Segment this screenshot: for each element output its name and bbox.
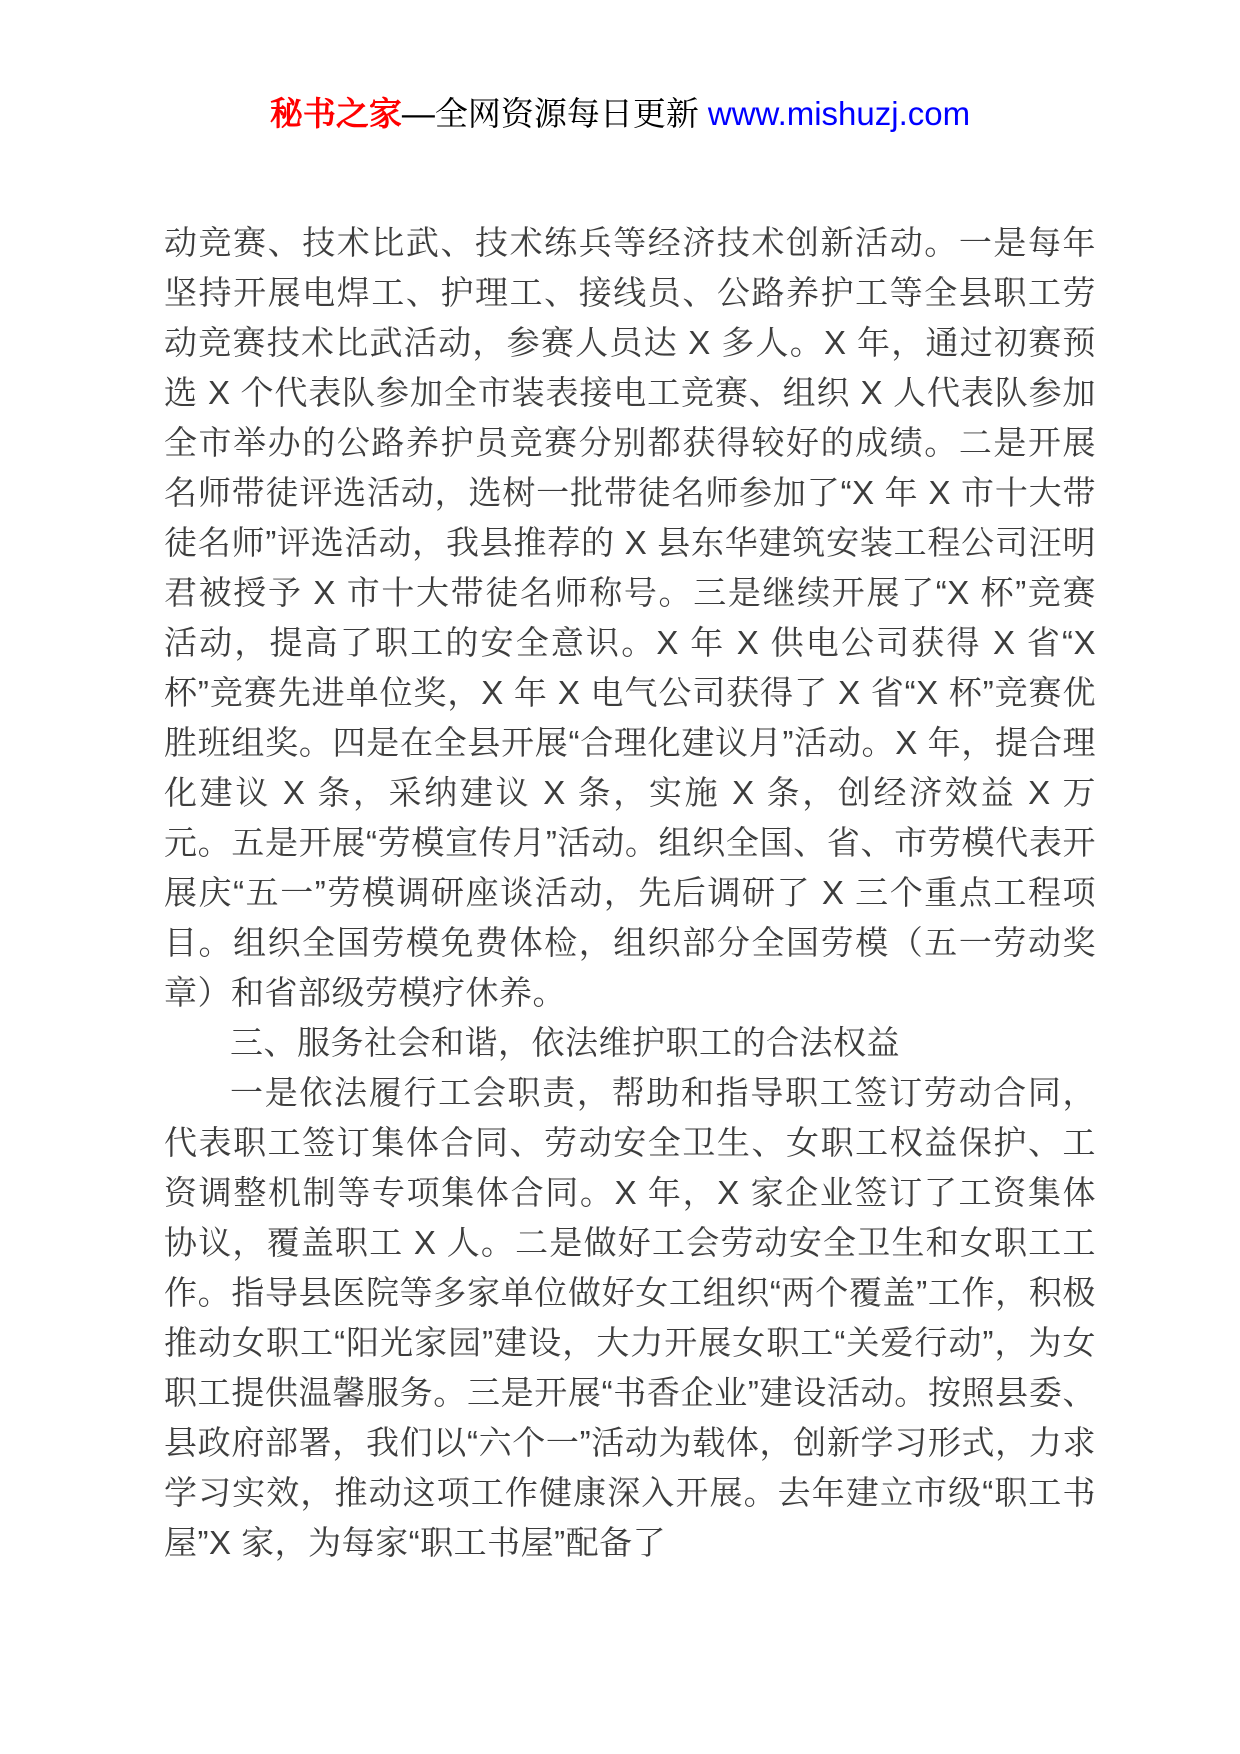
section-heading: 三、服务社会和谐，依法维护职工的合法权益 <box>164 1018 1096 1068</box>
site-brand-name: 秘书之家 <box>270 95 402 132</box>
document-body: 动竞赛、技术比武、技术练兵等经济技术创新活动。一是每年坚持开展电焊工、护理工、接… <box>164 218 1096 1568</box>
site-tagline: —全网资源每日更新 <box>402 95 699 132</box>
body-paragraph: 一是依法履行工会职责，帮助和指导职工签订劳动合同，代表职工签订集体合同、劳动安全… <box>164 1068 1096 1568</box>
site-url: www.mishuzj.com <box>708 95 970 132</box>
site-watermark-header: 秘书之家—全网资源每日更新www.mishuzj.com <box>0 92 1240 136</box>
document-page: 秘书之家—全网资源每日更新www.mishuzj.com 动竞赛、技术比武、技术… <box>0 0 1240 1754</box>
continuation-paragraph: 动竞赛、技术比武、技术练兵等经济技术创新活动。一是每年坚持开展电焊工、护理工、接… <box>164 218 1096 1018</box>
